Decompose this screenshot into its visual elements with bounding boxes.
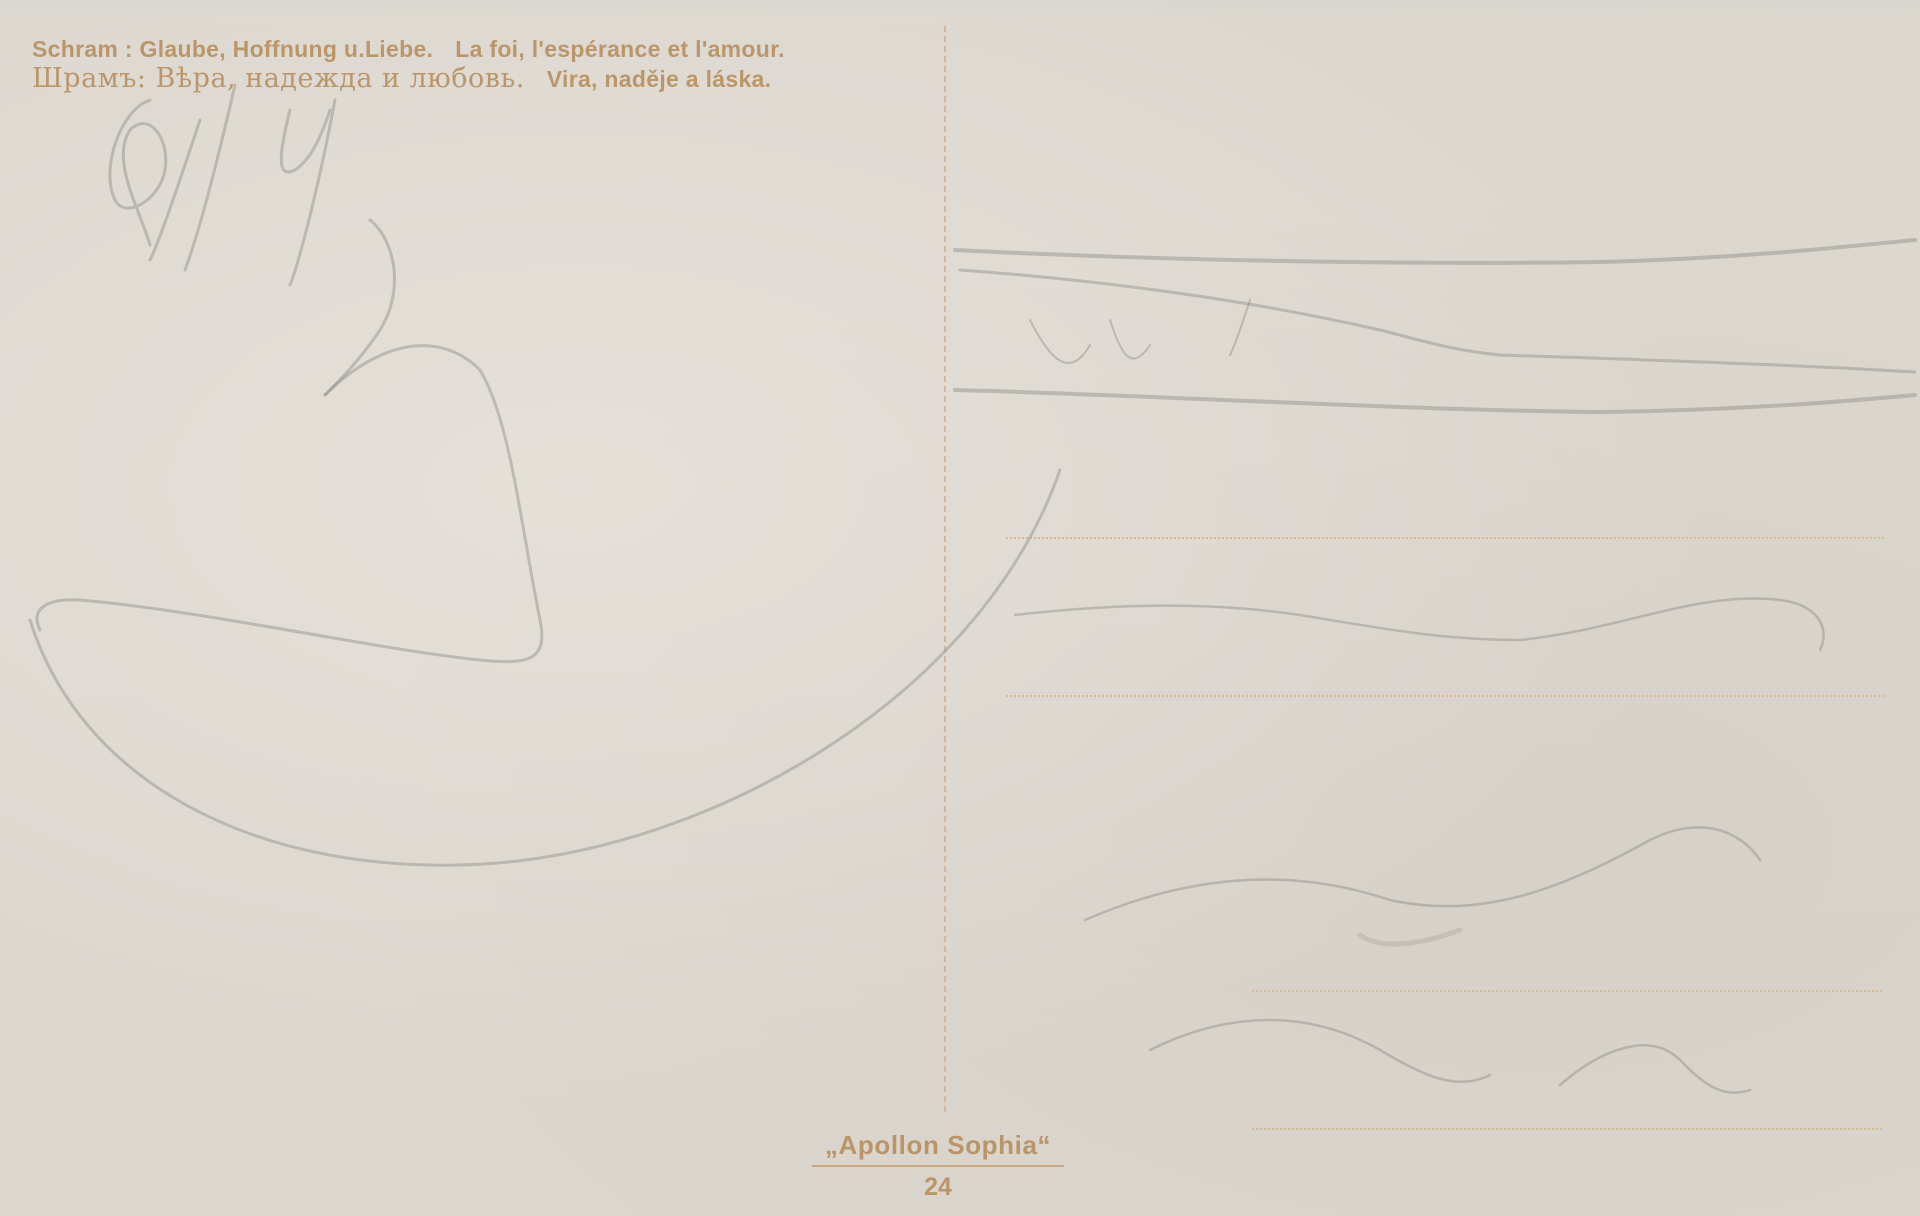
postcard-back: Schram : Glaube, Hoffnung u.Liebe.La foi… bbox=[0, 0, 1920, 1216]
pencil-scribble-icon bbox=[110, 100, 166, 245]
pencil-marks bbox=[0, 0, 1920, 1216]
pencil-horizontal-lines-icon bbox=[955, 240, 1915, 263]
pencil-wave-icon bbox=[1015, 598, 1824, 650]
pencil-arc-icon bbox=[30, 470, 1060, 865]
pencil-triangle-icon bbox=[37, 346, 542, 662]
